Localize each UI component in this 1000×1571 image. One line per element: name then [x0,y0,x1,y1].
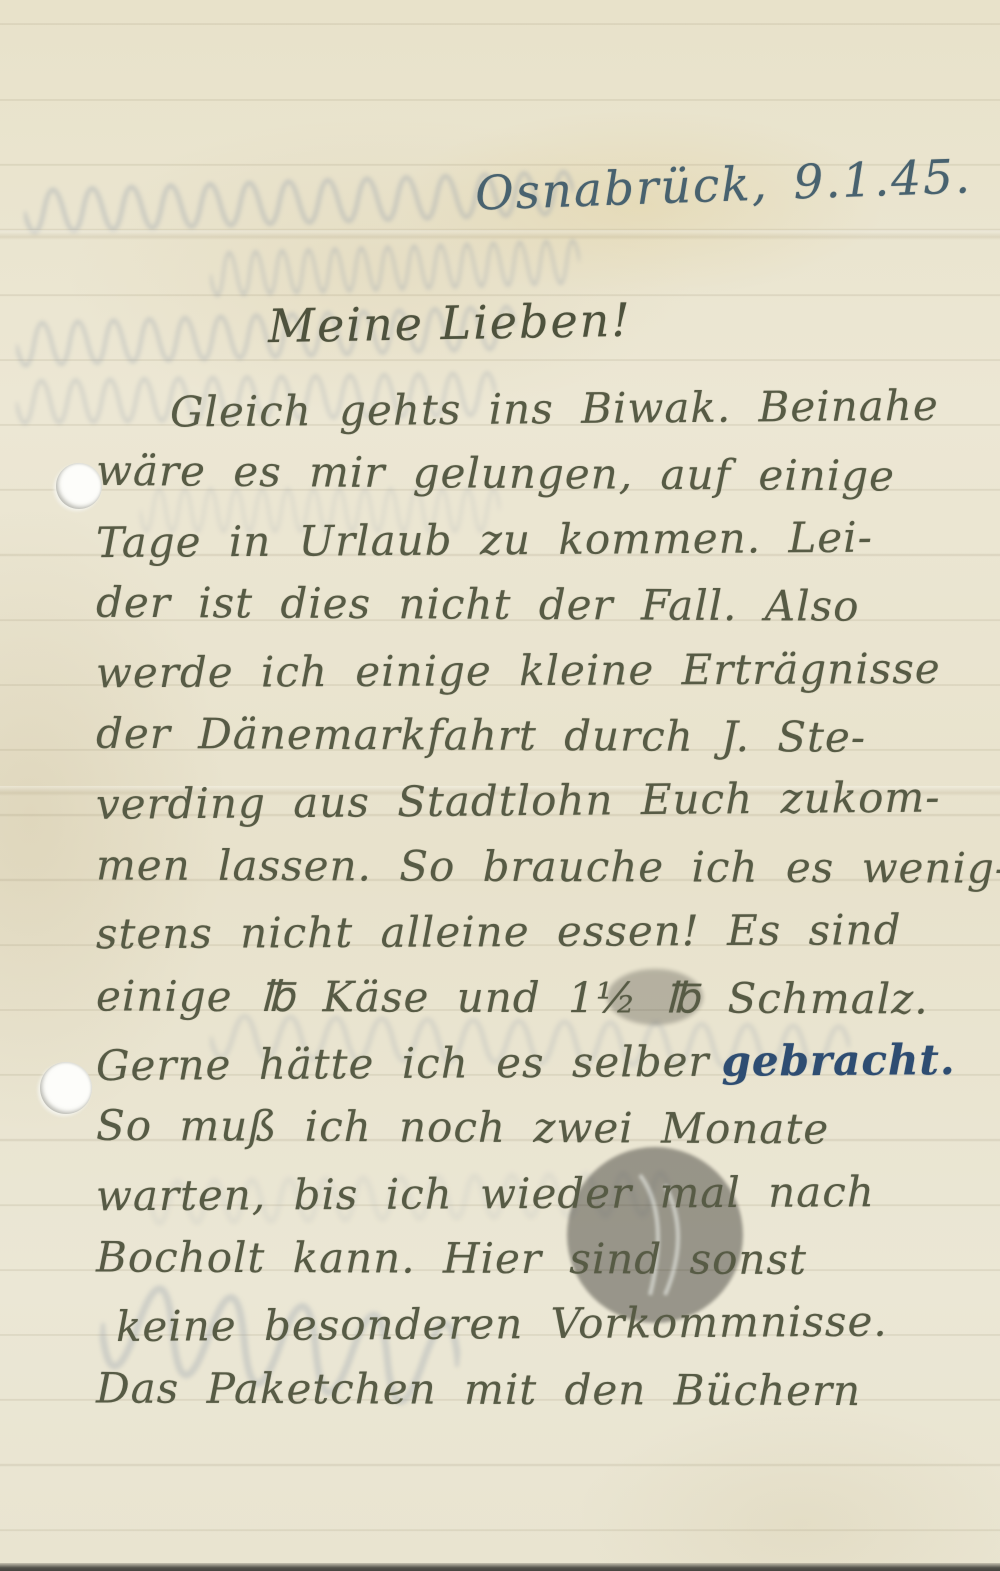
scan-edge-bottom [0,1563,1000,1571]
body-line: Das Paketchen mit den Büchern [96,1359,976,1427]
body-line: der Dänemarkfahrt durch J. Ste- [96,705,976,775]
body-line: verding aus Stadtlohn Euch zukom- [96,769,977,842]
dateline: Osnabrück, 9.1.45. [474,149,973,221]
body-line: wäre es mir gelungen, auf einige [96,442,976,514]
body-line: werde ich einige kleine Erträgnisse [96,639,976,709]
letter-scan: Osnabrück, 9.1.45. Meine Lieben! Gleich … [0,0,1000,1571]
body-line: Gerne hätte ich es selbergebracht. [96,1031,976,1103]
body-line: stens nicht alleine essen! Es sind [96,901,976,971]
fold-crease [0,230,1000,240]
body-line: der ist dies nicht der Fall. Also [96,574,976,644]
body-line: Bocholt kann. Hier sind sonst [96,1229,976,1297]
hole-punch-bottom [40,1062,92,1114]
salutation: Meine Lieben! [268,293,633,353]
letter-body: Gleich gehts ins Biwak. Beinahe wäre es … [96,380,976,1426]
body-line: So muß ich noch zwei Monate [96,1097,976,1167]
body-line: warten, bis ich wieder mal nach [96,1162,976,1232]
corrected-word: gebracht. [721,1035,955,1086]
body-line: Tage in Urlaub zu kommen. Lei- [96,508,976,580]
body-line: einige ℔ Käse und 1½ ℔ Schmalz. [96,967,976,1035]
body-line: keine besonderen Vorkommnisse. [116,1292,976,1363]
body-line: Gleich gehts ins Biwak. Beinahe [170,376,977,448]
body-line: men lassen. So brauche ich es wenig- [96,836,976,904]
bleedthrough-writing [209,232,581,305]
